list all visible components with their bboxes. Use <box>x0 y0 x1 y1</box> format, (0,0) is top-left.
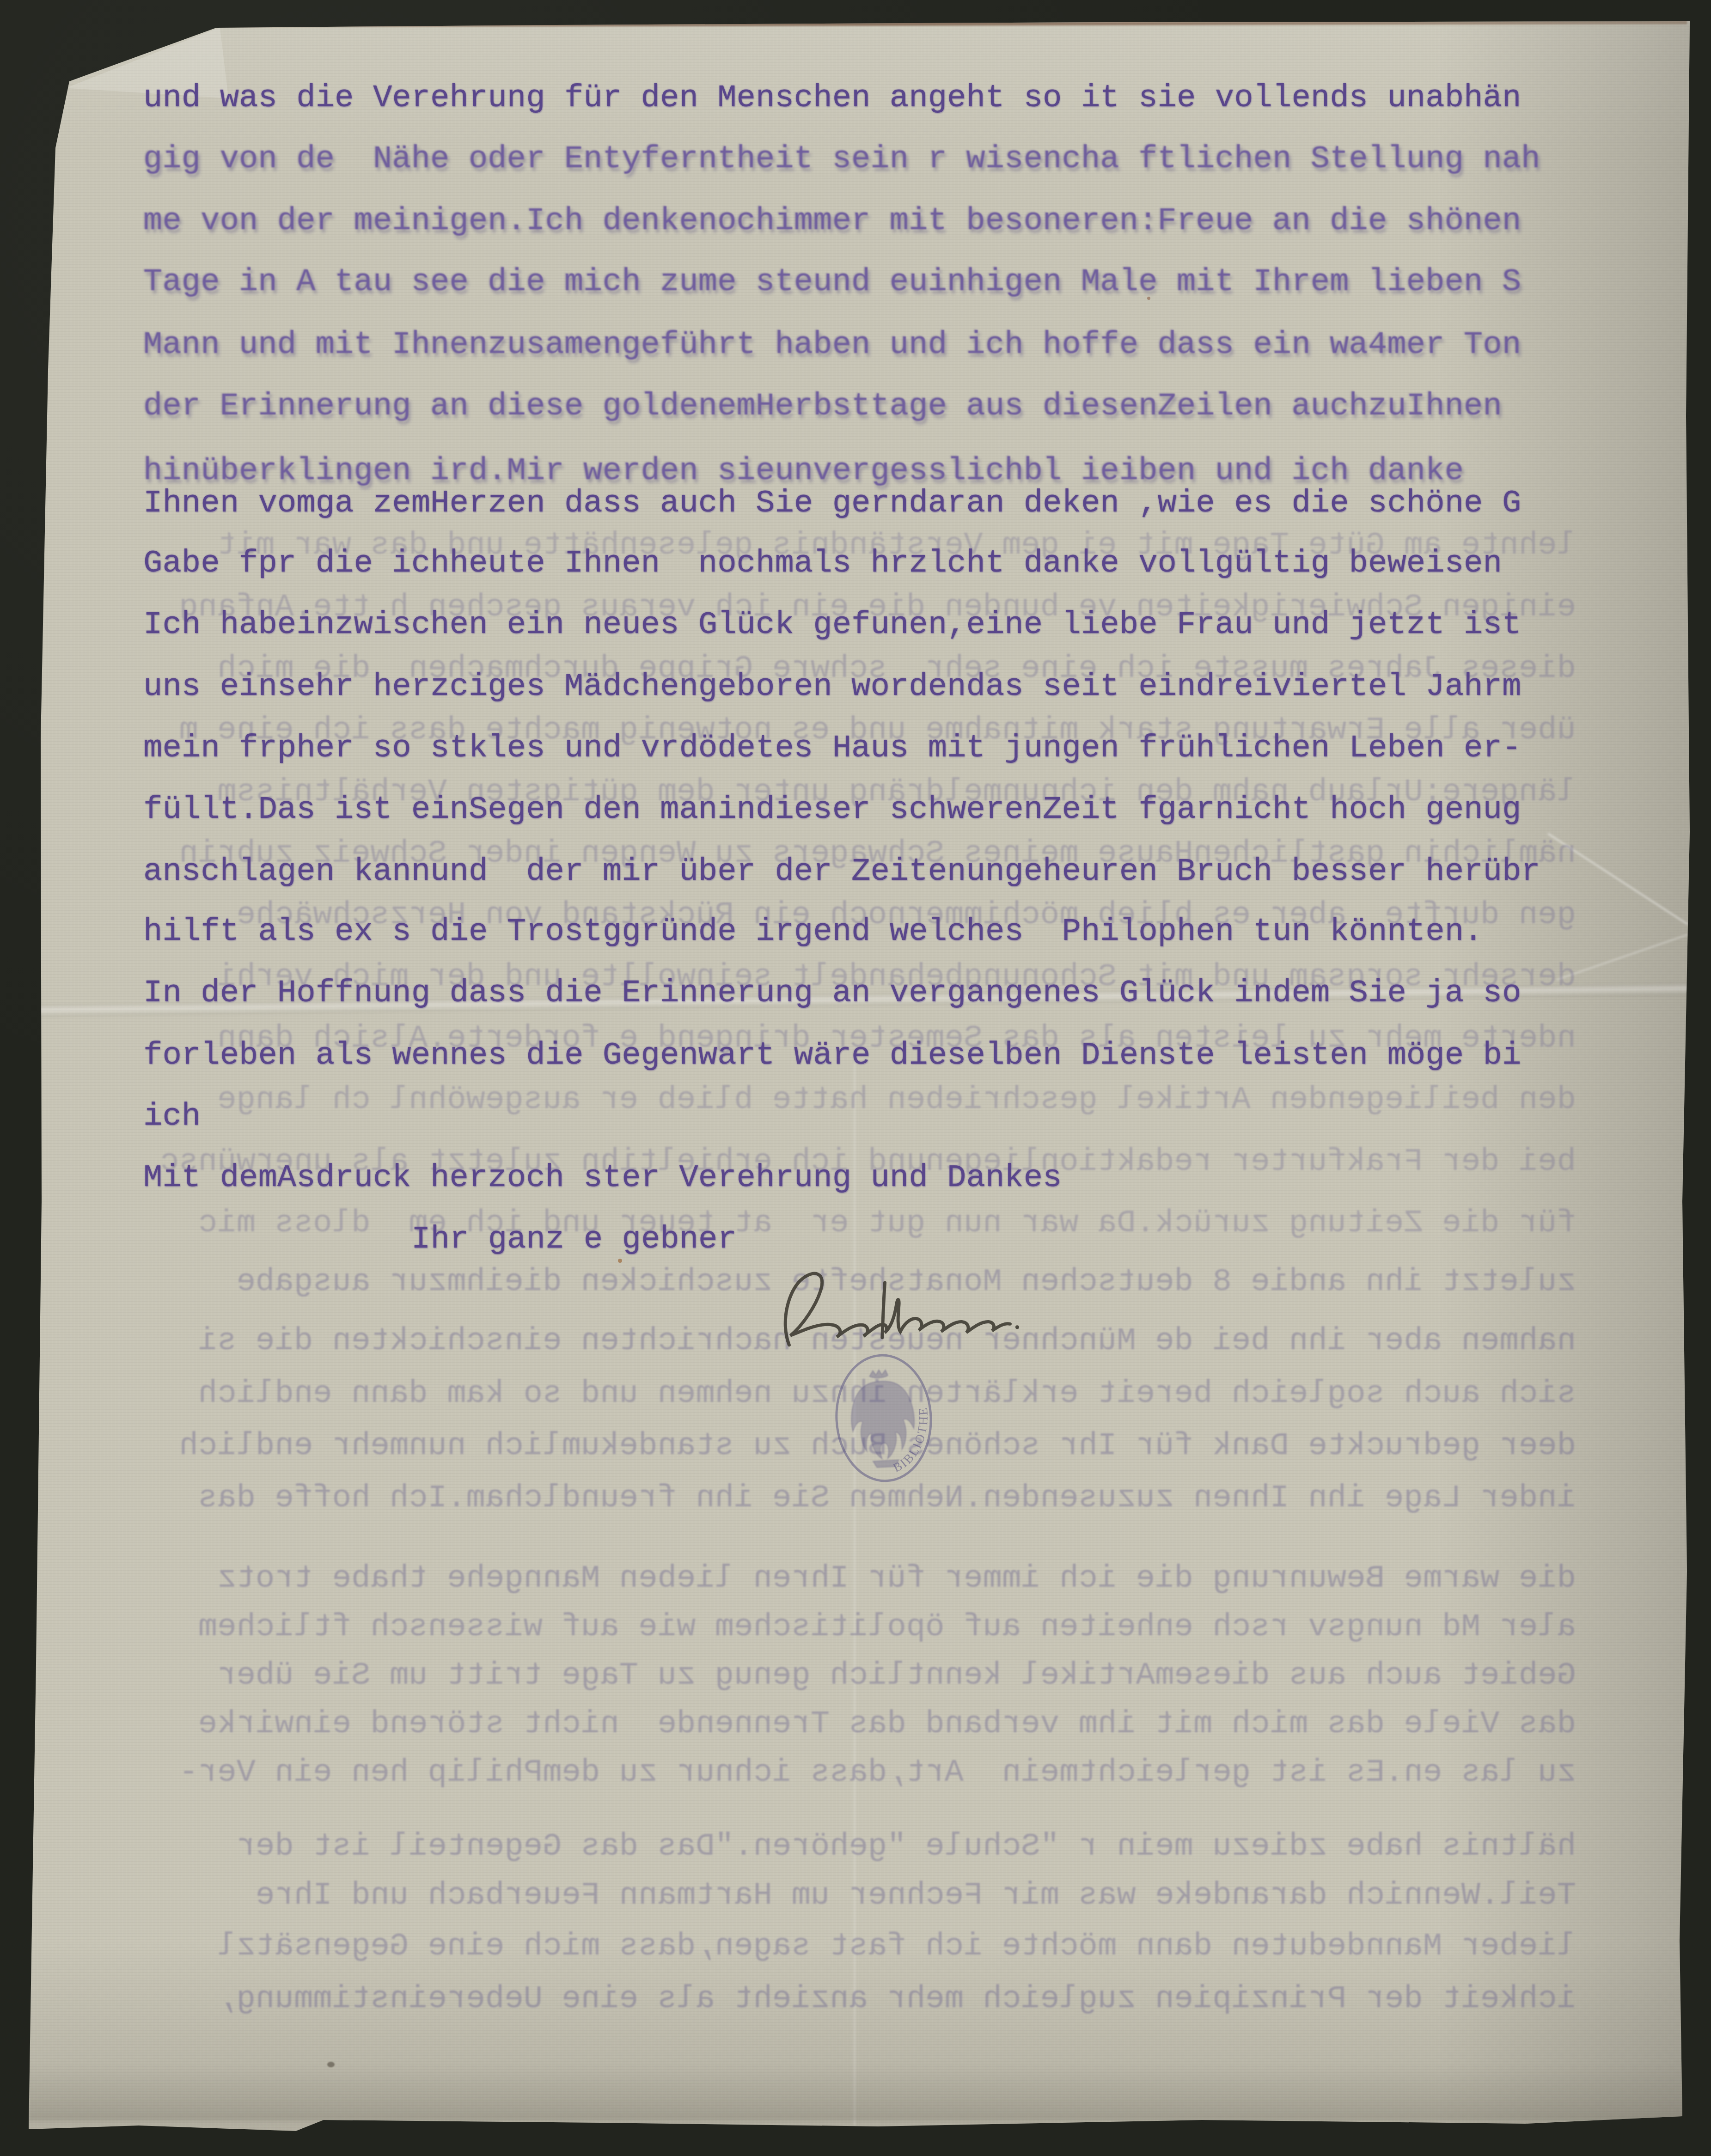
bleed-through-line: Teil.Wennich darandeke was mir Fechner u… <box>125 1880 1576 1912</box>
typed-line: Ihnen vomga zemHerzen dass auch Sie gern… <box>143 487 1521 519</box>
bleed-through-line: das Viele das mich mit ihm verband das T… <box>125 1708 1576 1740</box>
bleed-through-line: den beiliegenden Artikel geschrieben hat… <box>125 1084 1576 1116</box>
typed-line: füllt.Das ist einSegen den manindieser s… <box>143 794 1521 826</box>
paper-top-edge <box>69 20 1687 27</box>
bleed-through-line: lieber Manndeduten dann möchte ich fast … <box>125 1931 1576 1962</box>
typed-line: Mit demAsdruck herzoch ster Verehrung un… <box>143 1162 1062 1194</box>
scanned-letter-page: lehnte am Güte Tage mit ei gem Verständn… <box>0 0 1711 2156</box>
typed-line: Tage in A tau see die mich zume steund e… <box>143 266 1521 298</box>
typed-line: der Erinnerung an diese goldenemHerbstta… <box>143 390 1502 422</box>
signature-stroke <box>782 1260 1011 1345</box>
typed-line: und was die Verehrung für den Menschen a… <box>143 82 1521 114</box>
typed-line: Mann und mit Ihnenzusamengeführt haben u… <box>143 329 1521 361</box>
bleed-through-line: für die Zeitung zurück.Da war nun gut er… <box>125 1207 1576 1239</box>
bleed-through-line: hältnis habe zdiezu mein r "Schule "gehö… <box>125 1831 1576 1863</box>
typed-line: In der Hoffnung dass die Erinnerung an v… <box>143 977 1521 1009</box>
bleed-through-line: zu las en.Es ist gerleichtmein Art,dass … <box>125 1757 1576 1789</box>
typed-line: me von der meinigen.Ich denkenochimmer m… <box>143 205 1521 237</box>
bleed-through-line: aler Md nungsv rsch enheiten auf öpoliti… <box>125 1611 1576 1643</box>
paper-sheet: lehnte am Güte Tage mit ei gem Verständn… <box>0 0 1711 2156</box>
edge-wrinkle <box>1557 934 1688 981</box>
typed-line: mein frpher so stkles und vrdödetes Haus… <box>143 732 1521 764</box>
bleed-through-line: die warme Bewunrung die ich immer für Ih… <box>125 1563 1576 1595</box>
bleed-through-line: ichkeit der Prinzipien zugleich mehr anz… <box>125 1983 1576 2015</box>
typed-line: ich <box>143 1101 201 1133</box>
bleed-through-line: Gebiet auch aus diesemArtikel kenntlich … <box>125 1660 1576 1692</box>
typed-line: Gabe fpr die ichheute Ihnen nochmals hrz… <box>143 548 1502 579</box>
bottom-curl-shadow <box>28 2065 1687 2121</box>
library-stamp: BIBLIOTHEK <box>829 1349 940 1488</box>
typed-line: Ich habeinzwischen ein neues Glück gefun… <box>143 609 1521 641</box>
signature <box>759 1241 1025 1370</box>
typed-line: Ihr ganz e gebner <box>411 1224 737 1255</box>
typed-line: hilft als ex s die Trostggründe irgend w… <box>143 916 1483 948</box>
typed-line: gig von de Nähe oder Entyferntheit sein … <box>143 143 1540 175</box>
paper-speck <box>618 1259 622 1263</box>
typed-line: forleben als wennes die Gegenwart wäre d… <box>143 1040 1521 1072</box>
signature-dot <box>1015 1325 1020 1329</box>
typed-line: anschlagen kannund der mir über der Zeit… <box>143 856 1540 888</box>
typed-line: hinüberklingen ird.Mir werden sieunverge… <box>143 455 1464 487</box>
typed-line: uns einsehr herzciges Mädchengeboren wor… <box>143 671 1521 703</box>
paper-speck <box>327 2062 335 2067</box>
